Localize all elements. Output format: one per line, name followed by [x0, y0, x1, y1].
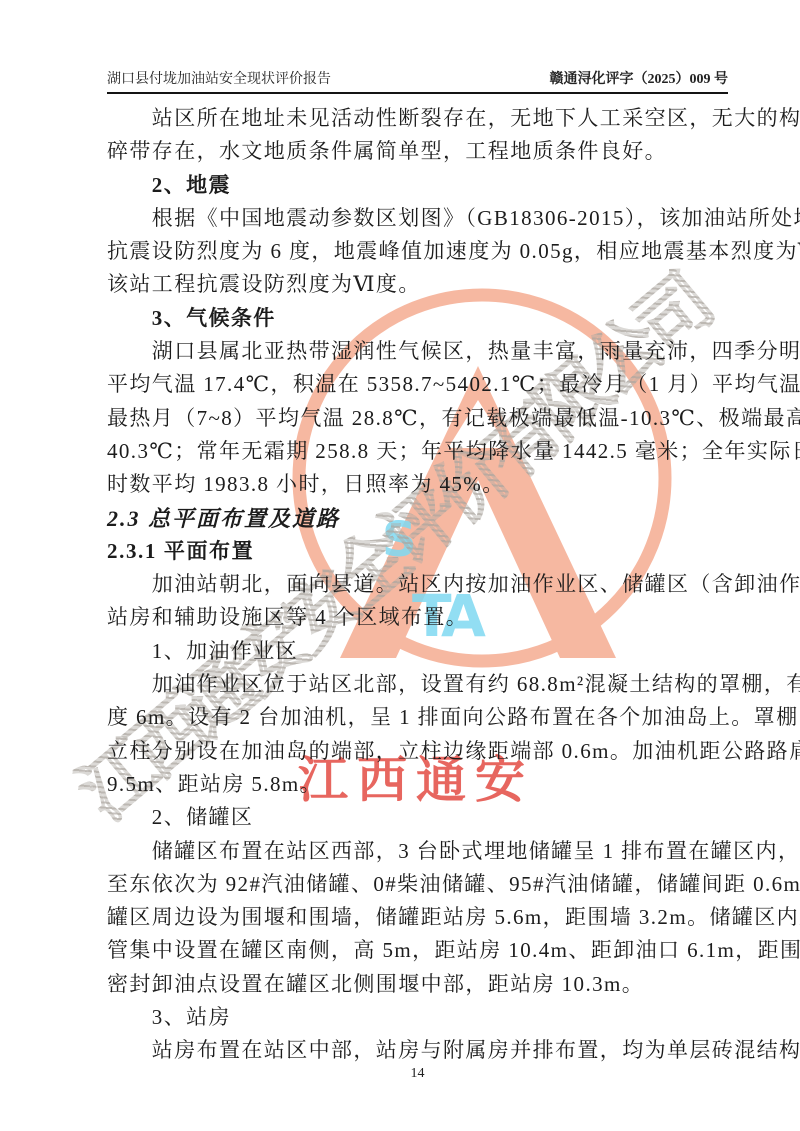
- page-number: 14: [107, 1066, 728, 1082]
- text-line: 罐区周边设为围堰和围墙，储罐距站房 5.6m，距围墙 3.2m。储罐区内通气: [107, 901, 731, 934]
- text-line: 9.5m、距站房 5.8m。: [107, 768, 731, 801]
- text-line: 该站工程抗震设防烈度为Ⅵ度。: [107, 268, 731, 301]
- text-line: 根据《中国地震动参数区划图》（GB18306-2015），该加油站所处地区: [107, 202, 731, 235]
- text-line: 管集中设置在罐区南侧，高 5m，距站房 10.4m、距卸油口 6.1m，距围墙 …: [107, 934, 731, 967]
- text-line: 时数平均 1983.8 小时，日照率为 45%。: [107, 468, 731, 501]
- header-rule: [107, 92, 728, 94]
- document-number: 赣通浔化评字（2025）009 号: [550, 68, 729, 88]
- text-line: 2、储罐区: [107, 801, 731, 834]
- text-line: 湖口县属北亚热带湿润性气候区，热量丰富，雨量充沛，四季分明。年: [107, 335, 731, 368]
- report-title: 湖口县付垅加油站安全现状评价报告: [107, 68, 331, 88]
- text-line: 加油站朝北，面向县道。站区内按加油作业区、储罐区（含卸油作业区）、: [107, 568, 731, 601]
- text-line: 平均气温 17.4℃，积温在 5358.7~5402.1℃；最冷月（1 月）平均…: [107, 368, 731, 401]
- document-page: S TA 江西通安安全评价有限公司 江西通安 湖口县付垅加油站安全现状评价报告 …: [0, 0, 800, 1131]
- text-line: 最热月（7~8）平均气温 28.8℃，有记载极端最低温-10.3℃、极端最高温: [107, 402, 731, 435]
- text-line: 40.3℃；常年无霜期 258.8 天；年平均降水量 1442.5 毫米；全年实…: [107, 435, 731, 468]
- text-line: 站区所在地址未见活动性断裂存在，无地下人工采空区，无大的构造破: [107, 102, 731, 135]
- document-body: 站区所在地址未见活动性断裂存在，无地下人工采空区，无大的构造破碎带存在，水文地质…: [107, 102, 731, 1068]
- text-line: 立柱分别设在加油岛的端部，立柱边缘距端部 0.6m。加油机距公路路肩: [107, 735, 731, 768]
- text-line: 碎带存在，水文地质条件属简单型，工程地质条件良好。: [107, 135, 731, 168]
- text-line: 度 6m。设有 2 台加油机，呈 1 排面向公路布置在各个加油岛上。罩棚 2 根: [107, 701, 731, 734]
- text-line: 站房布置在站区中部，站房与附属房并排布置，均为单层砖混结构建筑: [107, 1034, 731, 1067]
- text-line: 密封卸油点设置在罐区北侧围堰中部，距站房 10.3m。: [107, 968, 731, 1001]
- text-line: 加油作业区位于站区北部，设置有约 68.8m²混凝土结构的罩棚，有效高: [107, 668, 731, 701]
- page-header: 湖口县付垅加油站安全现状评价报告 赣通浔化评字（2025）009 号: [107, 68, 728, 94]
- text-line: 1、加油作业区: [107, 635, 731, 668]
- text-line: 3、站房: [107, 1001, 731, 1034]
- text-line: 2.3.1 平面布置: [107, 535, 731, 568]
- text-line: 储罐区布置在站区西部，3 台卧式埋地储罐呈 1 排布置在罐区内，从西: [107, 835, 731, 868]
- text-line: 抗震设防烈度为 6 度，地震峰值加速度为 0.05g，相应地震基本烈度为Ⅵ度。: [107, 235, 731, 268]
- text-line: 2.3 总平面布置及道路: [107, 502, 731, 535]
- text-line: 至东依次为 92#汽油储罐、0#柴油储罐、95#汽油储罐，储罐间距 0.6m，储: [107, 868, 731, 901]
- text-line: 3、气候条件: [107, 302, 731, 335]
- text-line: 2、地震: [107, 169, 731, 202]
- text-line: 站房和辅助设施区等 4 个区域布置。: [107, 601, 731, 634]
